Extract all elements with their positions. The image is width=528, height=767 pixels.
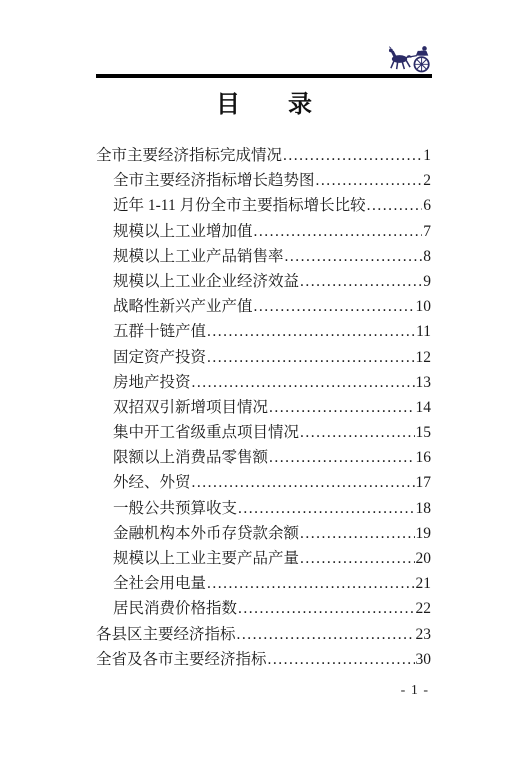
- toc-entry-page: 9: [423, 269, 431, 294]
- toc-entry-label: 固定资产投资: [113, 345, 206, 370]
- dot-leader: [192, 470, 415, 495]
- toc-entry-label: 房地产投资: [113, 370, 191, 395]
- toc-entry: 限额以上消费品零售额16: [96, 445, 431, 470]
- dot-leader: [300, 420, 414, 445]
- toc-entry-page: 17: [416, 470, 432, 495]
- toc-entry-page: 19: [416, 521, 432, 546]
- toc-entry: 固定资产投资12: [96, 345, 431, 370]
- toc-entry-page: 30: [416, 647, 432, 672]
- dot-leader: [207, 571, 414, 596]
- document-page: 目 录 全市主要经济指标完成情况1全市主要经济指标增长趋势图2近年 1-11 月…: [0, 0, 528, 767]
- toc-entry: 规模以上工业企业经济效益9: [96, 269, 431, 294]
- dot-leader: [268, 647, 415, 672]
- dot-leader: [283, 143, 422, 168]
- toc-entry-label: 全省及各市主要经济指标: [96, 647, 267, 672]
- toc-entry-page: 12: [416, 345, 432, 370]
- toc-entry-label: 规模以上工业企业经济效益: [113, 269, 299, 294]
- toc-entry-page: 10: [416, 294, 432, 319]
- dot-leader: [237, 622, 415, 647]
- toc-entry-label: 限额以上消费品零售额: [113, 445, 268, 470]
- toc-entry-page: 15: [416, 420, 432, 445]
- toc-entry: 五群十链产值11: [96, 319, 431, 344]
- toc-entry: 全市主要经济指标增长趋势图2: [96, 168, 431, 193]
- toc-entry-page: 14: [416, 395, 432, 420]
- dot-leader: [269, 395, 414, 420]
- toc-entry-label: 全市主要经济指标增长趋势图: [113, 168, 315, 193]
- dot-leader: [207, 319, 415, 344]
- toc-entry-label: 规模以上工业产品销售率: [113, 244, 284, 269]
- dot-leader: [207, 345, 414, 370]
- toc-entry-page: 22: [416, 596, 432, 621]
- toc-entry-page: 16: [416, 445, 432, 470]
- toc-entry-page: 7: [423, 219, 431, 244]
- dot-leader: [316, 168, 423, 193]
- page-title: 目 录: [0, 84, 528, 119]
- toc-entry-label: 一般公共预算收支: [113, 496, 237, 521]
- toc-entry-page: 11: [416, 319, 431, 344]
- toc-entry-label: 近年 1-11 月份全市主要指标增长比较: [113, 193, 366, 218]
- toc-entry: 外经、外贸17: [96, 470, 431, 495]
- dot-leader: [254, 294, 415, 319]
- horse-carriage-icon: [388, 45, 436, 74]
- dot-leader: [300, 269, 422, 294]
- footer-page-number: - 1 -: [96, 683, 429, 699]
- toc-entry-page: 20: [416, 546, 432, 571]
- header-rule: [96, 74, 432, 78]
- toc-entry-page: 1: [423, 143, 431, 168]
- toc-entry-page: 23: [416, 622, 432, 647]
- toc-entry-label: 全社会用电量: [113, 571, 206, 596]
- toc-entry-label: 规模以上工业主要产品产量: [113, 546, 299, 571]
- dot-leader: [285, 244, 423, 269]
- toc-entry: 规模以上工业主要产品产量20: [96, 546, 431, 571]
- dot-leader: [192, 370, 415, 395]
- dot-leader: [367, 193, 423, 218]
- dot-leader: [300, 521, 414, 546]
- toc-entry: 全省及各市主要经济指标30: [96, 647, 431, 672]
- dot-leader: [269, 445, 414, 470]
- toc-entry-label: 集中开工省级重点项目情况: [113, 420, 299, 445]
- toc-entry-page: 18: [416, 496, 432, 521]
- toc-entry-label: 规模以上工业增加值: [113, 219, 253, 244]
- dot-leader: [254, 219, 423, 244]
- toc-entry: 双招双引新增项目情况14: [96, 395, 431, 420]
- toc-entry-page: 21: [416, 571, 432, 596]
- toc-entry: 规模以上工业增加值7: [96, 219, 431, 244]
- toc-entry: 近年 1-11 月份全市主要指标增长比较6: [96, 193, 431, 218]
- dot-leader: [300, 546, 414, 571]
- toc-entry: 全市主要经济指标完成情况1: [96, 143, 431, 168]
- toc-entry-label: 金融机构本外币存贷款余额: [113, 521, 299, 546]
- toc-entry: 战略性新兴产业产值10: [96, 294, 431, 319]
- dot-leader: [238, 496, 414, 521]
- dot-leader: [238, 596, 414, 621]
- toc-entry: 一般公共预算收支18: [96, 496, 431, 521]
- toc-entry: 全社会用电量21: [96, 571, 431, 596]
- toc-entry-label: 居民消费价格指数: [113, 596, 237, 621]
- toc-entry: 规模以上工业产品销售率8: [96, 244, 431, 269]
- toc-list: 全市主要经济指标完成情况1全市主要经济指标增长趋势图2近年 1-11 月份全市主…: [96, 143, 431, 672]
- toc-entry-label: 双招双引新增项目情况: [113, 395, 268, 420]
- toc-entry: 各县区主要经济指标23: [96, 622, 431, 647]
- toc-entry-label: 全市主要经济指标完成情况: [96, 143, 282, 168]
- toc-entry-page: 2: [423, 168, 431, 193]
- toc-entry-label: 五群十链产值: [113, 319, 206, 344]
- toc-entry: 集中开工省级重点项目情况15: [96, 420, 431, 445]
- toc-entry: 金融机构本外币存贷款余额19: [96, 521, 431, 546]
- toc-entry-label: 外经、外贸: [113, 470, 191, 495]
- toc-entry-label: 各县区主要经济指标: [96, 622, 236, 647]
- toc-entry: 房地产投资13: [96, 370, 431, 395]
- toc-entry-label: 战略性新兴产业产值: [113, 294, 253, 319]
- toc-entry-page: 6: [423, 193, 431, 218]
- toc-entry: 居民消费价格指数22: [96, 596, 431, 621]
- toc-entry-page: 13: [416, 370, 432, 395]
- toc-entry-page: 8: [423, 244, 431, 269]
